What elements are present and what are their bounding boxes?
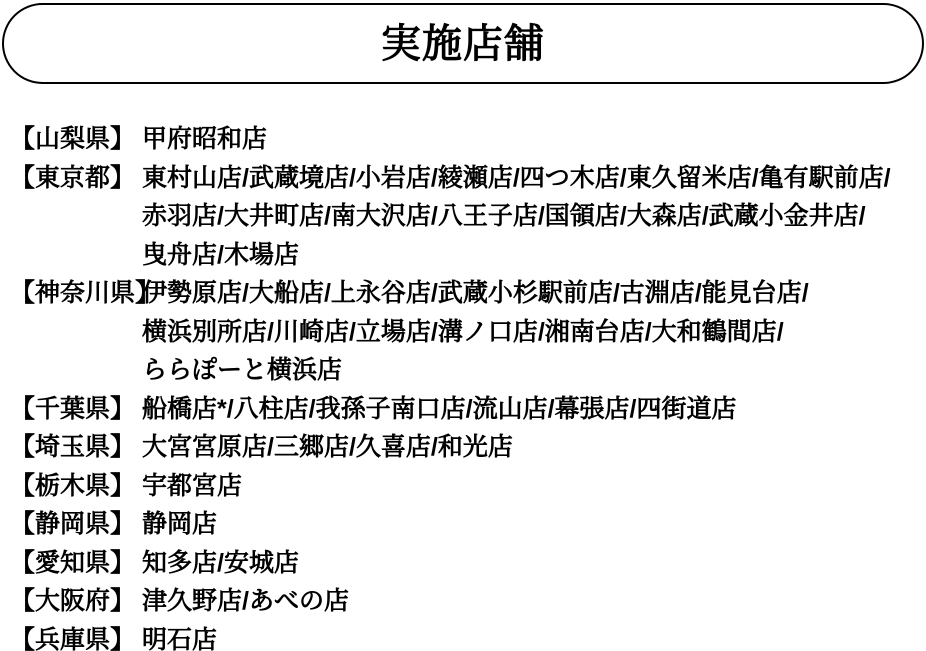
prefecture-label: 【栃木県】 xyxy=(10,467,142,506)
store-list-row: 【大阪府】 津久野店/あべの店 xyxy=(10,582,914,621)
store-list-row: 【静岡県】 静岡店 xyxy=(10,505,914,544)
store-names: 津久野店/あべの店 xyxy=(142,582,914,621)
store-list: 【山梨県】 甲府昭和店 【東京都】 東村山店/武蔵境店/小岩店/綾瀬店/四つ木店… xyxy=(0,120,926,651)
store-names: 知多店/安城店 xyxy=(142,544,914,583)
store-names: 東村山店/武蔵境店/小岩店/綾瀬店/四つ木店/東久留米店/亀有駅前店/ 赤羽店/… xyxy=(142,159,914,275)
store-list-row: 【栃木県】 宇都宮店 xyxy=(10,467,914,506)
store-names: 明石店 xyxy=(142,621,914,651)
prefecture-label: 【千葉県】 xyxy=(10,390,142,429)
store-list-row: 【兵庫県】 明石店 xyxy=(10,621,914,651)
prefecture-label: 【静岡県】 xyxy=(10,505,142,544)
store-names: 船橋店*/八柱店/我孫子南口店/流山店/幕張店/四街道店 xyxy=(142,390,914,429)
prefecture-label: 【埼玉県】 xyxy=(10,428,142,467)
store-list-row: 【山梨県】 甲府昭和店 xyxy=(10,120,914,159)
page-title: 実施店舗 xyxy=(381,24,545,64)
store-list-row: 【千葉県】 船橋店*/八柱店/我孫子南口店/流山店/幕張店/四街道店 xyxy=(10,390,914,429)
store-list-notice: 実施店舗 【山梨県】 甲府昭和店 【東京都】 東村山店/武蔵境店/小岩店/綾瀬店… xyxy=(0,0,926,651)
store-names: 大宮宮原店/三郷店/久喜店/和光店 xyxy=(142,428,914,467)
prefecture-label: 【神奈川県】 xyxy=(10,274,142,313)
store-list-row: 【神奈川県】 伊勢原店/大船店/上永谷店/武蔵小杉駅前店/古淵店/能見台店/ 横… xyxy=(10,274,914,390)
store-list-row: 【東京都】 東村山店/武蔵境店/小岩店/綾瀬店/四つ木店/東久留米店/亀有駅前店… xyxy=(10,159,914,275)
store-list-row: 【埼玉県】 大宮宮原店/三郷店/久喜店/和光店 xyxy=(10,428,914,467)
prefecture-label: 【東京都】 xyxy=(10,159,142,198)
store-names: 静岡店 xyxy=(142,505,914,544)
store-names: 宇都宮店 xyxy=(142,467,914,506)
prefecture-label: 【兵庫県】 xyxy=(10,621,142,651)
store-names: 伊勢原店/大船店/上永谷店/武蔵小杉駅前店/古淵店/能見台店/ 横浜別所店/川崎… xyxy=(142,274,914,390)
store-names: 甲府昭和店 xyxy=(142,120,914,159)
prefecture-label: 【愛知県】 xyxy=(10,544,142,583)
prefecture-label: 【山梨県】 xyxy=(10,120,142,159)
store-list-row: 【愛知県】 知多店/安城店 xyxy=(10,544,914,583)
prefecture-label: 【大阪府】 xyxy=(10,582,142,621)
title-banner: 実施店舗 xyxy=(2,3,924,84)
